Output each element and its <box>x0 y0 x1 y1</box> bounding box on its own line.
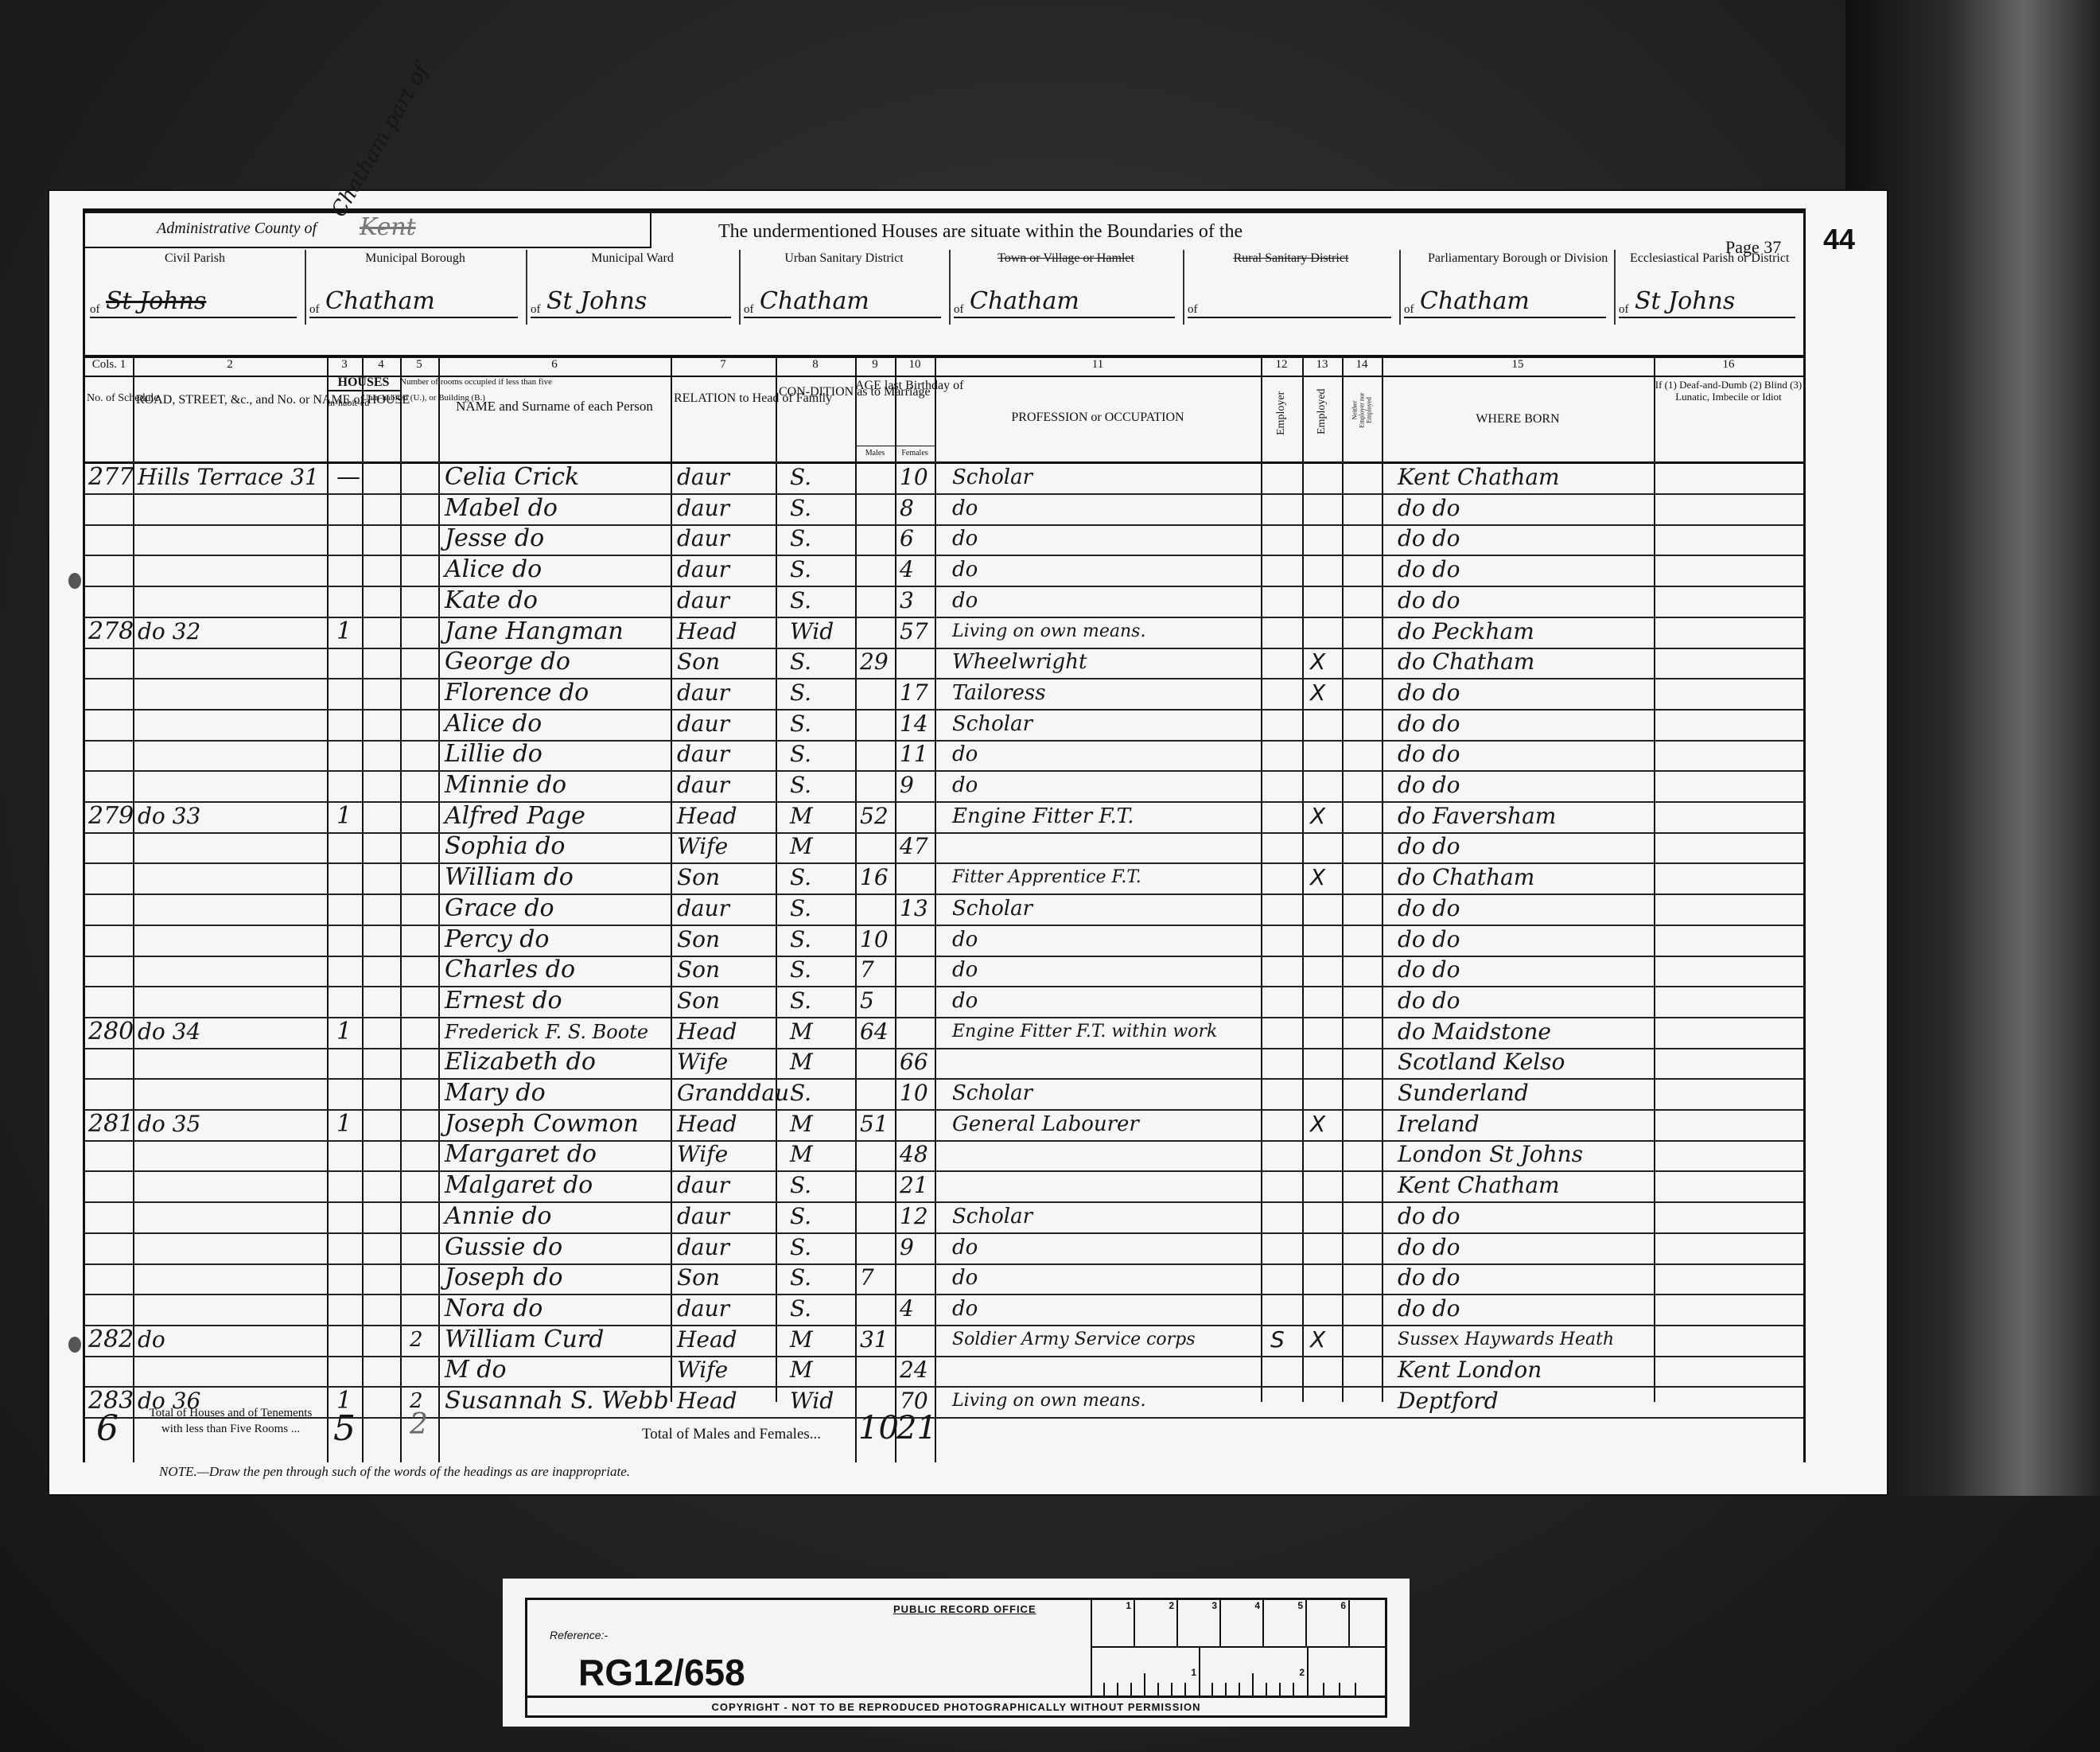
cell-relation: Son <box>677 925 720 954</box>
cell-female-age: 4 <box>900 1295 914 1323</box>
cell-where-born: do do <box>1398 832 1460 861</box>
cell-inhabited: — <box>336 463 360 492</box>
table-row: Lillie dodaurS.11dodo do <box>85 738 1803 772</box>
cell-relation: daur <box>677 771 729 800</box>
urban-sanitary-value: Chatham <box>760 287 869 315</box>
cell-relation: Son <box>677 1263 720 1292</box>
column-header-row: No. of Schedule ROAD, STREET, &c., and N… <box>85 376 1803 464</box>
cell-relation: daur <box>677 710 729 738</box>
table-row: Jesse dodaurS.6dodo do <box>85 523 1803 556</box>
table-row: 280do 341Frederick F. S. BooteHeadM64Eng… <box>85 1016 1803 1049</box>
cell-condition: Wid <box>790 617 834 646</box>
reference-code: RG12/658 <box>578 1651 745 1694</box>
table-row: Annie dodaurS.12Scholardo do <box>85 1201 1803 1234</box>
cell-male-age: 31 <box>860 1326 889 1354</box>
table-row: Ernest doSonS.5dodo do <box>85 985 1803 1018</box>
cell-condition: M <box>790 802 813 831</box>
cell-condition: S. <box>790 524 811 553</box>
cell-male-age: 10 <box>860 925 889 954</box>
cell-name: Sophia do <box>445 832 565 861</box>
header-schedule: No. of Schedule <box>87 391 131 406</box>
cell-female-age: 9 <box>900 1233 914 1262</box>
total-rooms: 2 <box>410 1408 428 1441</box>
cell-relation: Head <box>677 1326 737 1354</box>
cell-name: Margaret do <box>445 1140 597 1169</box>
cell-occupation: do <box>952 1233 978 1262</box>
cell-inhabited: 1 <box>336 802 352 831</box>
cell-occupation: Engine Fitter F.T. <box>952 802 1134 831</box>
header-females: Females <box>895 446 935 461</box>
area-rural-sanitary-district: Rural Sanitary District of <box>1183 250 1401 325</box>
cell-occupation: Engine Fitter F.T. within work <box>952 1018 1217 1046</box>
cell-female-age: 13 <box>900 894 928 923</box>
header-houses: HOUSES <box>327 376 400 391</box>
cell-where-born: Kent Chatham <box>1398 1171 1560 1200</box>
area-town-village-hamlet: Town or Village or Hamlet ofChatham <box>949 250 1184 325</box>
cell-where-born: do do <box>1398 894 1460 923</box>
footnote: NOTE.—Draw the pen through such of the w… <box>159 1464 630 1480</box>
cell-occupation: Fitter Apprentice F.T. <box>952 863 1141 892</box>
cell-female-age: 3 <box>900 586 914 615</box>
municipal-borough-value: Chatham <box>325 287 435 315</box>
cell-occupation: do <box>952 771 978 800</box>
cell-relation: Wife <box>677 1140 728 1169</box>
cell-where-born: do do <box>1398 925 1460 954</box>
area-parliamentary-borough: Parliamentary Borough or Division ofChat… <box>1399 250 1616 325</box>
cell-occupation: General Labourer <box>952 1110 1139 1139</box>
cell-inhabited: 1 <box>336 1018 352 1046</box>
cell-female-age: 57 <box>900 617 928 646</box>
cell-where-born: do do <box>1398 710 1460 738</box>
cell-where-born: do do <box>1398 956 1460 984</box>
table-row: Gussie dodaurS.9dodo do <box>85 1232 1803 1265</box>
table-row: 281do 351Joseph CowmonHeadM51General Lab… <box>85 1108 1803 1142</box>
cell-relation: Wife <box>677 1356 728 1384</box>
cell-male-age: 5 <box>860 987 874 1015</box>
table-row: Alice dodaurS.14Scholardo do <box>85 708 1803 742</box>
cell-name: Jesse do <box>445 524 544 553</box>
cell-name: Ernest do <box>445 987 562 1015</box>
cell-relation: Wife <box>677 1048 728 1077</box>
table-row: Joseph doSonS.7dodo do <box>85 1262 1803 1295</box>
cell-name: Alice do <box>445 710 542 738</box>
cell-schedule: 280 <box>88 1018 134 1046</box>
cell-occupation: do <box>952 494 978 523</box>
cell-male-age: 29 <box>860 648 889 676</box>
cell-condition: S. <box>790 863 811 892</box>
cell-name: Alfred Page <box>445 802 585 831</box>
header-inhabited: In-habit-ed <box>327 398 362 408</box>
cell-where-born: do do <box>1398 524 1460 553</box>
cell-female-age: 17 <box>900 679 928 707</box>
table-row: 282do2William CurdHeadM31Soldier Army Se… <box>85 1324 1803 1357</box>
table-row: 279do 331Alfred PageHeadM52Engine Fitter… <box>85 800 1803 834</box>
cell-occupation: do <box>952 987 978 1015</box>
cell-where-born: do do <box>1398 494 1460 523</box>
table-row: Malgaret dodaurS.21Kent Chatham <box>85 1170 1803 1203</box>
cell-road: do 35 <box>138 1110 200 1139</box>
cell-occupation: Living on own means. <box>952 617 1145 646</box>
census-form: Administrative County of Kent Chatham pa… <box>83 208 1806 1462</box>
cell-relation: Son <box>677 648 720 676</box>
header-infirmity: If (1) Deaf-and-Dumb (2) Blind (3) Lunat… <box>1654 379 1803 403</box>
cell-condition: S. <box>790 555 811 584</box>
cell-where-born: do Chatham <box>1398 863 1534 892</box>
cell-relation: daur <box>677 555 729 584</box>
table-row: Percy doSonS.10dodo do <box>85 924 1803 957</box>
cell-occupation: do <box>952 524 978 553</box>
copyright-notice: COPYRIGHT - NOT TO BE REPRODUCED PHOTOGR… <box>527 1696 1385 1718</box>
cell-condition: S. <box>790 586 811 615</box>
cell-name: William do <box>445 863 574 892</box>
cell-where-born: Kent London <box>1398 1356 1542 1384</box>
cell-occupation: do <box>952 956 978 984</box>
table-row: Grace dodaurS.13Scholardo do <box>85 893 1803 926</box>
cell-where-born: do Chatham <box>1398 648 1534 676</box>
cell-female-age: 14 <box>900 710 928 738</box>
cell-female-age: 6 <box>900 524 914 553</box>
cell-name: Jane Hangman <box>445 617 624 646</box>
cell-where-born: do Peckham <box>1398 617 1534 646</box>
cell-name: Malgaret do <box>445 1171 593 1200</box>
cell-employed: X <box>1310 679 1325 707</box>
cell-female-age: 10 <box>900 463 928 492</box>
cell-relation: daur <box>677 494 729 523</box>
cell-occupation: do <box>952 925 978 954</box>
cell-condition: M <box>790 1140 813 1169</box>
cell-road: do 32 <box>138 617 200 646</box>
cell-occupation: Soldier Army Service corps <box>952 1326 1196 1354</box>
cell-where-born: do do <box>1398 586 1460 615</box>
table-row: Mabel dodaurS.8dodo do <box>85 493 1803 526</box>
header-employed: Employed <box>1315 395 1329 434</box>
cell-relation: daur <box>677 679 729 707</box>
table-row: M doWifeM24Kent London <box>85 1354 1803 1388</box>
cell-relation: Son <box>677 987 720 1015</box>
cell-road: do 34 <box>138 1018 200 1046</box>
header-where-born: WHERE BORN <box>1382 412 1654 426</box>
cell-name: M do <box>445 1356 507 1384</box>
table-row: Sophia doWifeM47do do <box>85 831 1803 864</box>
table-row: Margaret doWifeM48London St Johns <box>85 1139 1803 1172</box>
cell-relation: daur <box>677 463 729 492</box>
cell-condition: S. <box>790 771 811 800</box>
total-females: 21 <box>896 1410 937 1446</box>
cell-male-age: 52 <box>860 802 889 831</box>
ecclesiastical-parish-value: St Johns <box>1635 287 1735 315</box>
cell-occupation: Scholar <box>952 463 1032 492</box>
cell-schedule: 281 <box>88 1110 134 1139</box>
administrative-county-box: Administrative County of Kent Chatham pa… <box>85 213 651 248</box>
cell-rooms: 2 <box>410 1326 423 1354</box>
header-relation: RELATION to Head of Family <box>674 391 772 406</box>
cell-employed: X <box>1310 648 1325 676</box>
cell-where-born: Sunderland <box>1398 1079 1529 1108</box>
cell-schedule: 279 <box>88 802 134 831</box>
cell-employed: X <box>1310 863 1325 892</box>
header-road: ROAD, STREET, &c., and No. or NAME of HO… <box>136 393 324 407</box>
cell-occupation: do <box>952 1263 978 1292</box>
cell-condition: S. <box>790 956 811 984</box>
cell-name: Annie do <box>445 1202 551 1231</box>
area-municipal-borough: Municipal Borough ofChatham <box>305 250 527 325</box>
cell-female-age: 4 <box>900 555 914 584</box>
cell-condition: S. <box>790 710 811 738</box>
cell-condition: S. <box>790 1079 811 1108</box>
cell-condition: S. <box>790 494 811 523</box>
cell-name: Kate do <box>445 586 538 615</box>
sheet-number: 44 <box>1823 223 1855 256</box>
cell-employed: X <box>1310 802 1325 831</box>
table-row: Nora dodaurS.4dodo do <box>85 1293 1803 1326</box>
cell-relation: daur <box>677 740 729 769</box>
cell-relation: daur <box>677 1233 729 1262</box>
cell-female-age: 10 <box>900 1079 928 1108</box>
administrative-county-label: Administrative County of <box>157 220 317 238</box>
cell-where-born: do do <box>1398 1263 1460 1292</box>
cell-occupation: do <box>952 586 978 615</box>
public-record-office-label: PUBLIC RECORD OFFICE <box>893 1603 1036 1615</box>
cell-male-age: 51 <box>860 1110 889 1139</box>
cell-name: Gussie do <box>445 1233 562 1262</box>
cell-female-age: 48 <box>900 1140 928 1169</box>
cell-employer: S <box>1270 1326 1285 1354</box>
cell-condition: M <box>790 1018 813 1046</box>
measurement-scale: 1 2 3 4 5 6 1 2 <box>1091 1600 1385 1696</box>
header-occupation: PROFESSION or OCCUPATION <box>935 411 1261 425</box>
binding-hole <box>68 573 81 589</box>
cell-name: Charles do <box>445 956 575 984</box>
cell-occupation: Tailoress <box>952 679 1046 707</box>
cell-occupation: Wheelwright <box>952 648 1087 676</box>
cell-occupation: do <box>952 555 978 584</box>
cell-condition: S. <box>790 1171 811 1200</box>
cell-inhabited: 1 <box>336 617 352 646</box>
cell-name: Nora do <box>445 1295 542 1323</box>
cell-condition: S. <box>790 987 811 1015</box>
cell-schedule: 282 <box>88 1326 134 1354</box>
cell-female-age: 21 <box>900 1171 928 1200</box>
cell-condition: M <box>790 1326 813 1354</box>
cell-occupation: Scholar <box>952 710 1032 738</box>
cell-name: Alice do <box>445 555 542 584</box>
cell-where-born: do Faversham <box>1398 802 1556 831</box>
cell-name: Percy do <box>445 925 549 954</box>
cell-road: Hills Terrace 31 <box>138 463 319 492</box>
cell-where-born: do do <box>1398 555 1460 584</box>
cell-female-age: 11 <box>900 740 928 769</box>
cell-name: Florence do <box>445 679 589 707</box>
cell-condition: S. <box>790 679 811 707</box>
cell-employed: X <box>1310 1326 1325 1354</box>
cell-occupation: Scholar <box>952 894 1032 923</box>
cell-condition: S. <box>790 648 811 676</box>
parliamentary-borough-value: Chatham <box>1420 287 1530 315</box>
cell-schedule: 277 <box>88 463 134 492</box>
table-row: Florence dodaurS.17TailoressXdo do <box>85 677 1803 711</box>
cell-where-born: London St Johns <box>1398 1140 1583 1169</box>
cell-condition: S. <box>790 1263 811 1292</box>
cell-name: George do <box>445 648 570 676</box>
cell-name: Mabel do <box>445 494 558 523</box>
municipal-ward-value: St Johns <box>546 287 647 315</box>
cell-relation: Head <box>677 1110 737 1139</box>
cell-where-born: Sussex Haywards Heath <box>1398 1326 1614 1354</box>
header-name: NAME and Surname of each Person <box>454 398 655 415</box>
table-row: William doSonS.16Fitter Apprentice F.T.X… <box>85 862 1803 895</box>
cell-relation: Head <box>677 802 737 831</box>
cell-where-born: do do <box>1398 1295 1460 1323</box>
cell-female-age: 24 <box>900 1356 928 1384</box>
town-value: Chatham <box>970 287 1079 315</box>
cell-name: Celia Crick <box>445 463 579 492</box>
total-males: 10 <box>858 1410 899 1446</box>
cell-where-born: do do <box>1398 987 1460 1015</box>
persons-total-label: Total of Males and Females... <box>642 1426 821 1443</box>
cell-relation: daur <box>677 1295 729 1323</box>
cell-name: Lillie do <box>445 740 542 769</box>
cell-female-age: 47 <box>900 832 928 861</box>
totals-row: 6 Total of Houses and of Tenements with … <box>85 1402 1803 1462</box>
cell-occupation: do <box>952 740 978 769</box>
header-employer: Employer <box>1274 394 1289 435</box>
table-row: Charles doSonS.7dodo do <box>85 954 1803 987</box>
cell-condition: S. <box>790 1295 811 1323</box>
header-males: Males <box>855 446 895 461</box>
reference-card: PUBLIC RECORD OFFICE Reference:- RG12/65… <box>503 1579 1410 1727</box>
cell-where-born: do do <box>1398 771 1460 800</box>
cell-name: Mary do <box>445 1079 546 1108</box>
cell-name: Joseph do <box>445 1263 563 1292</box>
header-rooms: Number of rooms occupied if less than fi… <box>400 377 438 387</box>
cell-relation: Son <box>677 956 720 984</box>
cell-male-age: 7 <box>860 1263 874 1292</box>
cell-female-age: 8 <box>900 494 914 523</box>
table-row: Kate dodaurS.3dodo do <box>85 585 1803 618</box>
cell-male-age: 16 <box>860 863 889 892</box>
cell-relation: daur <box>677 1171 729 1200</box>
column-number-row: Cols. 1 2 3 4 5 6 7 8 9 10 11 12 13 14 1… <box>85 355 1803 377</box>
cell-female-age: 9 <box>900 771 914 800</box>
cell-relation: Son <box>677 863 720 892</box>
cell-employed: X <box>1310 1110 1325 1139</box>
cell-where-born: Kent Chatham <box>1398 463 1560 492</box>
area-urban-sanitary-district: Urban Sanitary District ofChatham <box>739 250 951 325</box>
cell-condition: S. <box>790 1202 811 1231</box>
cell-where-born: Scotland Kelso <box>1398 1048 1565 1077</box>
table-row: Elizabeth doWifeM66Scotland Kelso <box>85 1046 1803 1080</box>
cell-relation: daur <box>677 894 729 923</box>
cell-condition: S. <box>790 1233 811 1262</box>
cell-name: Minnie do <box>445 771 566 800</box>
cell-condition: S. <box>790 740 811 769</box>
table-row: 277Hills Terrace 31—Celia CrickdaurS.10S… <box>85 461 1803 495</box>
cell-inhabited: 1 <box>336 1110 352 1139</box>
cell-road: do 33 <box>138 802 200 831</box>
table-row: Minnie dodaurS.9dodo do <box>85 769 1803 803</box>
cell-where-born: do do <box>1398 1202 1460 1231</box>
header-condition: CON-DITION as to Marriage <box>779 385 852 399</box>
cell-male-age: 64 <box>860 1018 889 1046</box>
cell-relation: Head <box>677 1018 737 1046</box>
table-row: Alice dodaurS.4dodo do <box>85 554 1803 587</box>
cell-condition: S. <box>790 894 811 923</box>
cell-relation: daur <box>677 524 729 553</box>
area-ecclesiastical-parish: Ecclesiastical Parish or District ofSt J… <box>1614 250 1803 325</box>
cell-road: do <box>138 1326 165 1354</box>
cell-name: Elizabeth do <box>445 1048 596 1077</box>
cell-occupation: do <box>952 1295 978 1323</box>
cell-condition: M <box>790 1110 813 1139</box>
binding-hole <box>68 1337 81 1353</box>
cell-relation: daur <box>677 1202 729 1231</box>
administrative-county-value: Kent <box>360 213 416 241</box>
cell-condition: M <box>790 832 813 861</box>
cell-female-age: 12 <box>900 1202 928 1231</box>
total-inhabited: 5 <box>333 1408 356 1449</box>
cell-where-born: do Maidstone <box>1398 1018 1551 1046</box>
header-uninhabited: Unin-habited (U.), or Building (B.) <box>362 393 400 403</box>
cell-where-born: do do <box>1398 1233 1460 1262</box>
cell-relation: daur <box>677 586 729 615</box>
table-row: 278do 321Jane HangmanHeadWid57Living on … <box>85 616 1803 649</box>
cell-condition: S. <box>790 463 811 492</box>
reference-label: Reference:- <box>550 1629 608 1641</box>
cell-female-age: 66 <box>900 1048 928 1077</box>
cell-relation: Granddau <box>677 1079 789 1108</box>
cell-occupation: Scholar <box>952 1079 1032 1108</box>
cell-where-born: do do <box>1398 740 1460 769</box>
houses-total-label: Total of Houses and of Tenements with le… <box>141 1405 321 1437</box>
cell-condition: S. <box>790 925 811 954</box>
cell-condition: M <box>790 1356 813 1384</box>
area-civil-parish: Civil Parish ofSt Johns <box>85 250 306 325</box>
table-row: Mary doGranddauS.10ScholarSunderland <box>85 1077 1803 1111</box>
boundary-title: The undermentioned Houses are situate wi… <box>718 221 1242 243</box>
cell-where-born: do do <box>1398 679 1460 707</box>
civil-parish-value: St Johns <box>106 287 206 315</box>
table-row: George doSonS.29WheelwrightXdo Chatham <box>85 646 1803 679</box>
cell-relation: Wife <box>677 832 728 861</box>
cell-schedule: 278 <box>88 617 134 646</box>
cell-occupation: Scholar <box>952 1202 1032 1231</box>
cell-name: Grace do <box>445 894 554 923</box>
header-neither: Neither Employer nor Employed <box>1351 391 1373 430</box>
cell-name: Frederick F. S. Boote <box>445 1018 648 1046</box>
cell-male-age: 7 <box>860 956 874 984</box>
cell-name: William Curd <box>445 1326 604 1354</box>
total-schedules: 6 <box>96 1408 119 1449</box>
cell-condition: M <box>790 1048 813 1077</box>
area-municipal-ward: Municipal Ward ofSt Johns <box>526 250 741 325</box>
cell-where-born: Ireland <box>1398 1110 1480 1139</box>
cell-name: Joseph Cowmon <box>445 1110 639 1139</box>
cell-relation: Head <box>677 617 737 646</box>
